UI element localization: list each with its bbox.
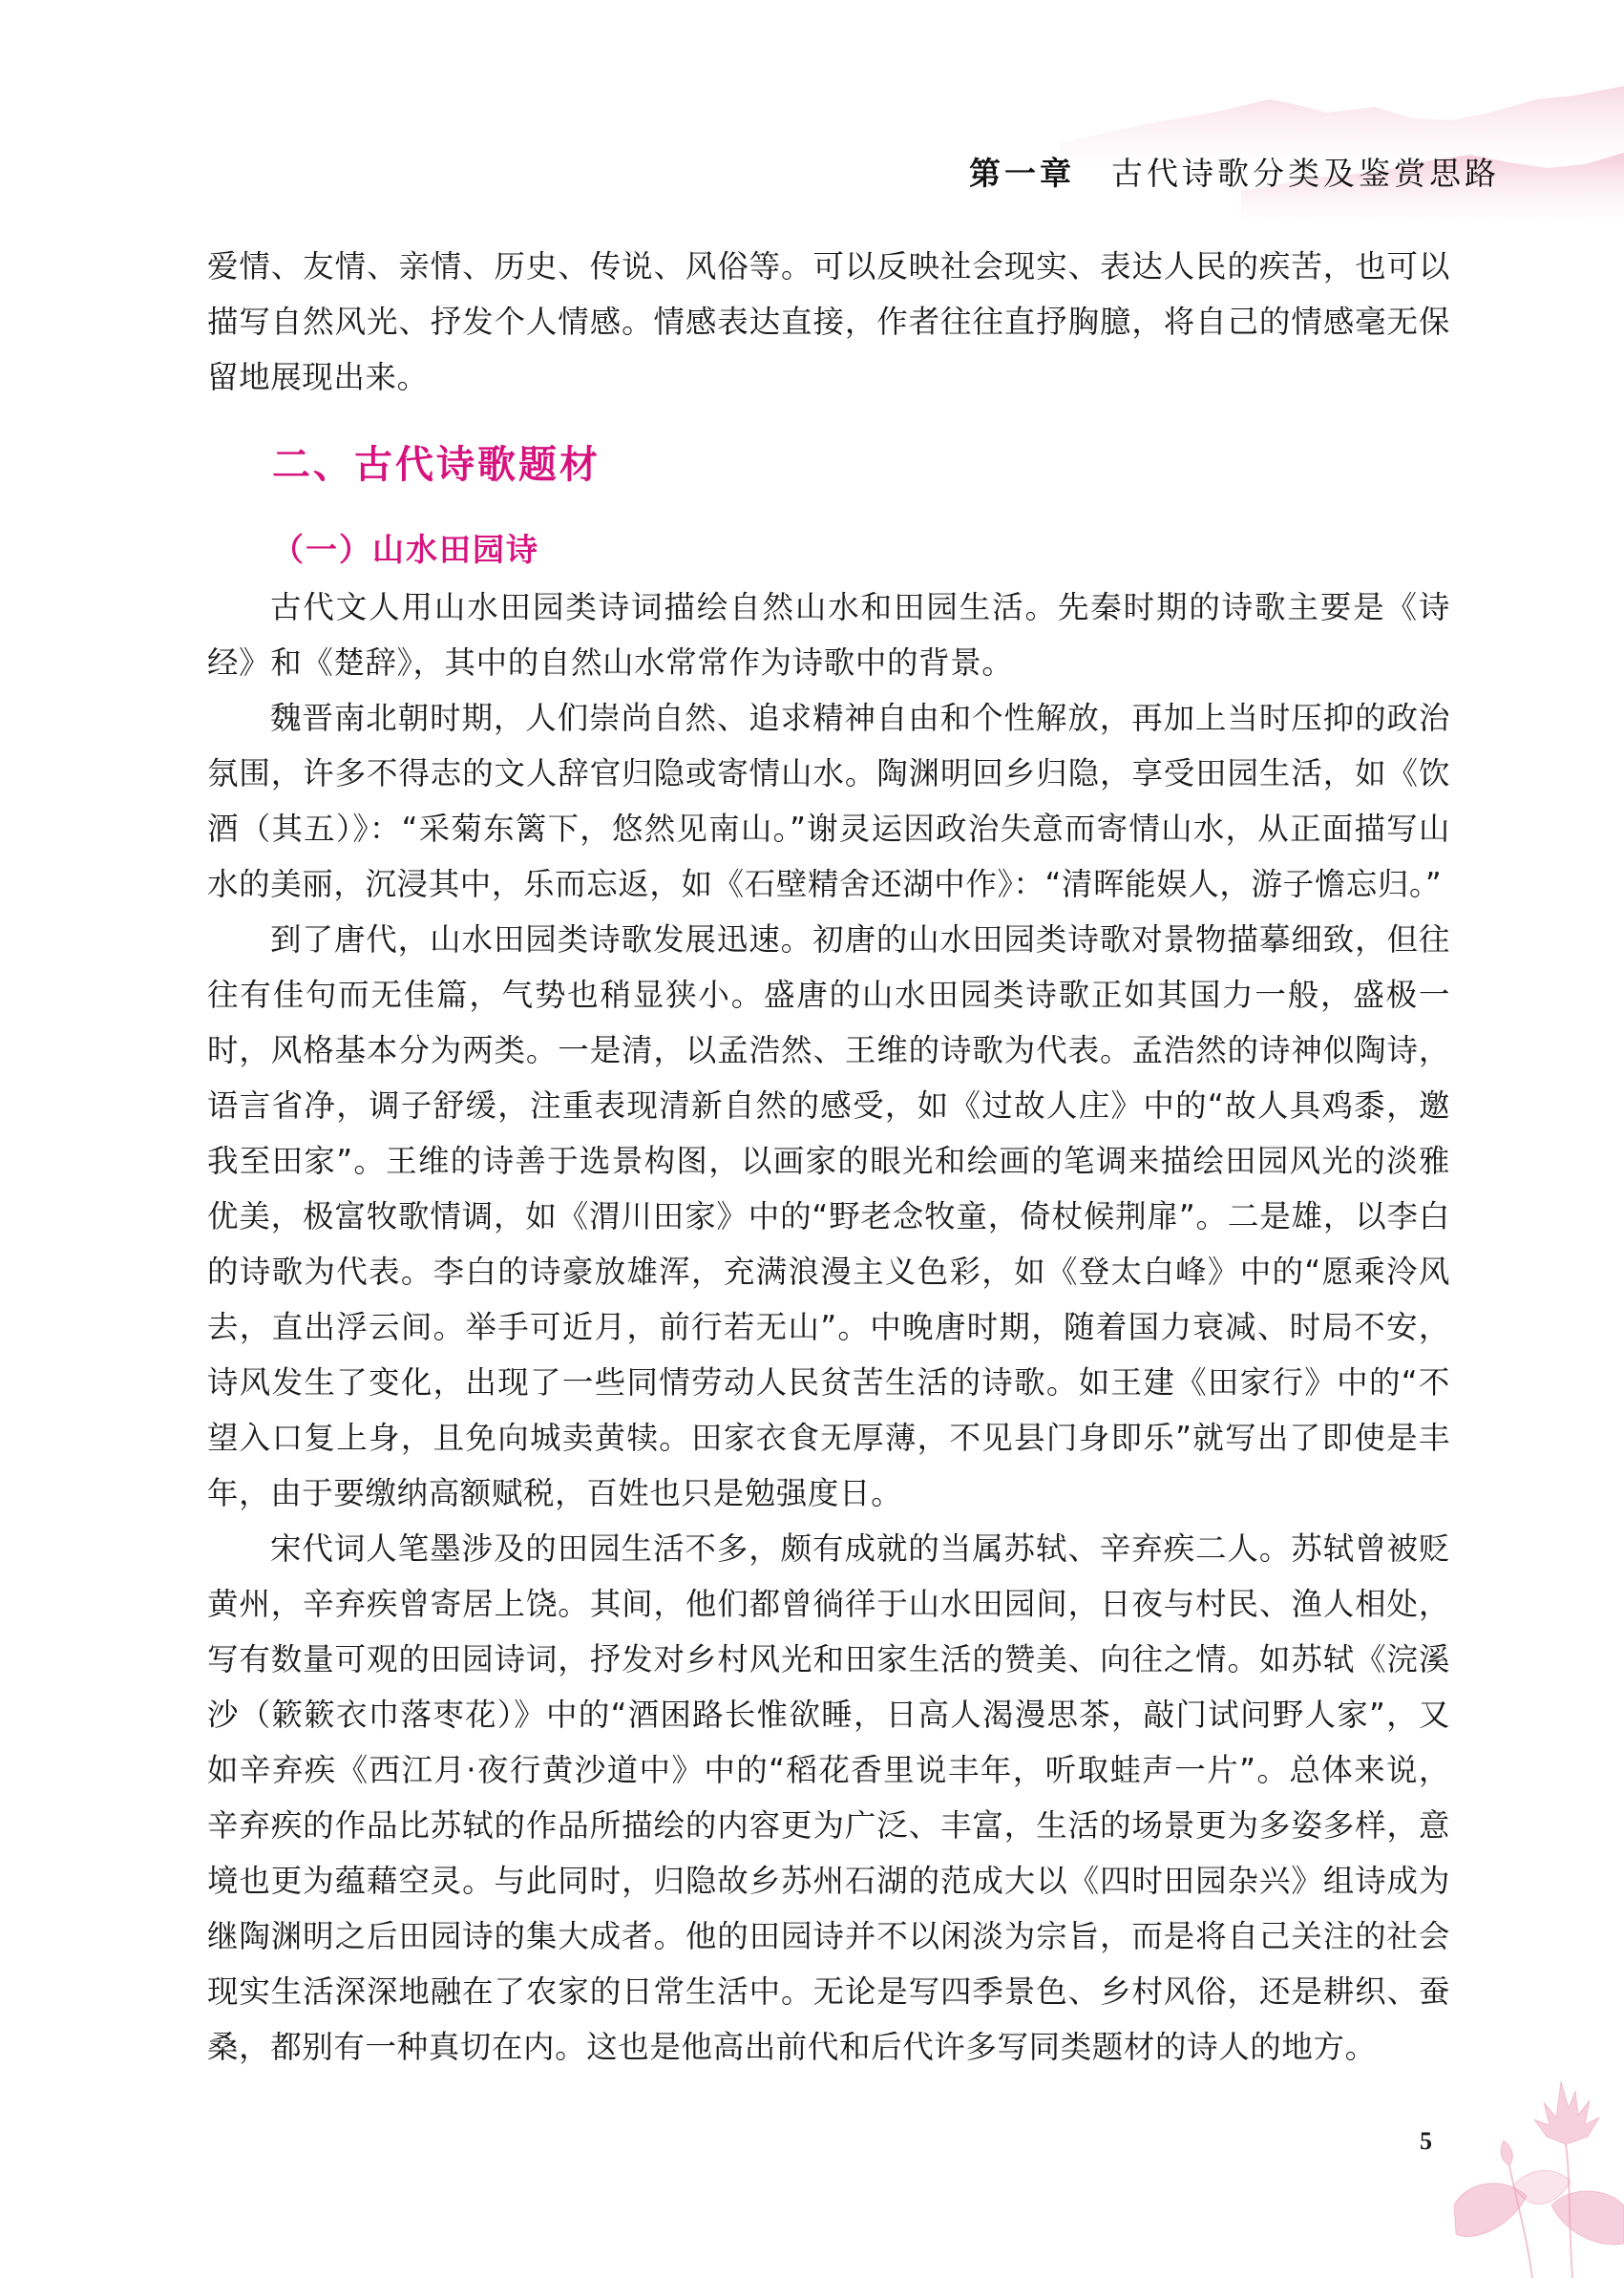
chapter-title: 古代诗歌分类及鉴赏思路 — [1111, 155, 1500, 192]
subsection-body: 古代文人用山水田园类诗词描绘自然山水和田园生活。先秦时期的诗歌主要是《诗经》和《… — [207, 580, 1450, 2075]
paragraph-song: 宋代词人笔墨涉及的田园生活不多，颇有成就的当属苏轼、辛弃疾二人。苏轼曾被贬黄州，… — [207, 1521, 1450, 2075]
intro-block: 爱情、友情、亲情、历史、传说、风俗等。可以反映社会现实、表达人民的疾苦，也可以描… — [207, 239, 1450, 405]
running-header: 第一章古代诗歌分类及鉴赏思路 — [969, 149, 1500, 191]
paragraph-pre-qin: 古代文人用山水田园类诗词描绘自然山水和田园生活。先秦时期的诗歌主要是《诗经》和《… — [207, 580, 1450, 690]
mountain-decoration-icon — [0, 0, 1624, 229]
paragraph-wei-jin: 魏晋南北朝时期，人们崇尚自然、追求精神自由和个性解放，再加上当时压抑的政治氛围，… — [207, 690, 1450, 912]
section-heading: 二、古代诗歌题材 — [272, 434, 601, 489]
intro-paragraph: 爱情、友情、亲情、历史、传说、风俗等。可以反映社会现实、表达人民的疾苦，也可以描… — [207, 239, 1450, 405]
subsection-heading: （一）山水田园诗 — [272, 525, 539, 570]
paragraph-tang: 到了唐代，山水田园类诗歌发展迅速。初唐的山水田园类诗歌对景物描摹细致，但往往有佳… — [207, 912, 1450, 1521]
page-number: 5 — [1420, 2127, 1432, 2156]
lotus-decoration-icon — [1446, 2062, 1624, 2278]
chapter-label: 第一章 — [969, 155, 1075, 192]
